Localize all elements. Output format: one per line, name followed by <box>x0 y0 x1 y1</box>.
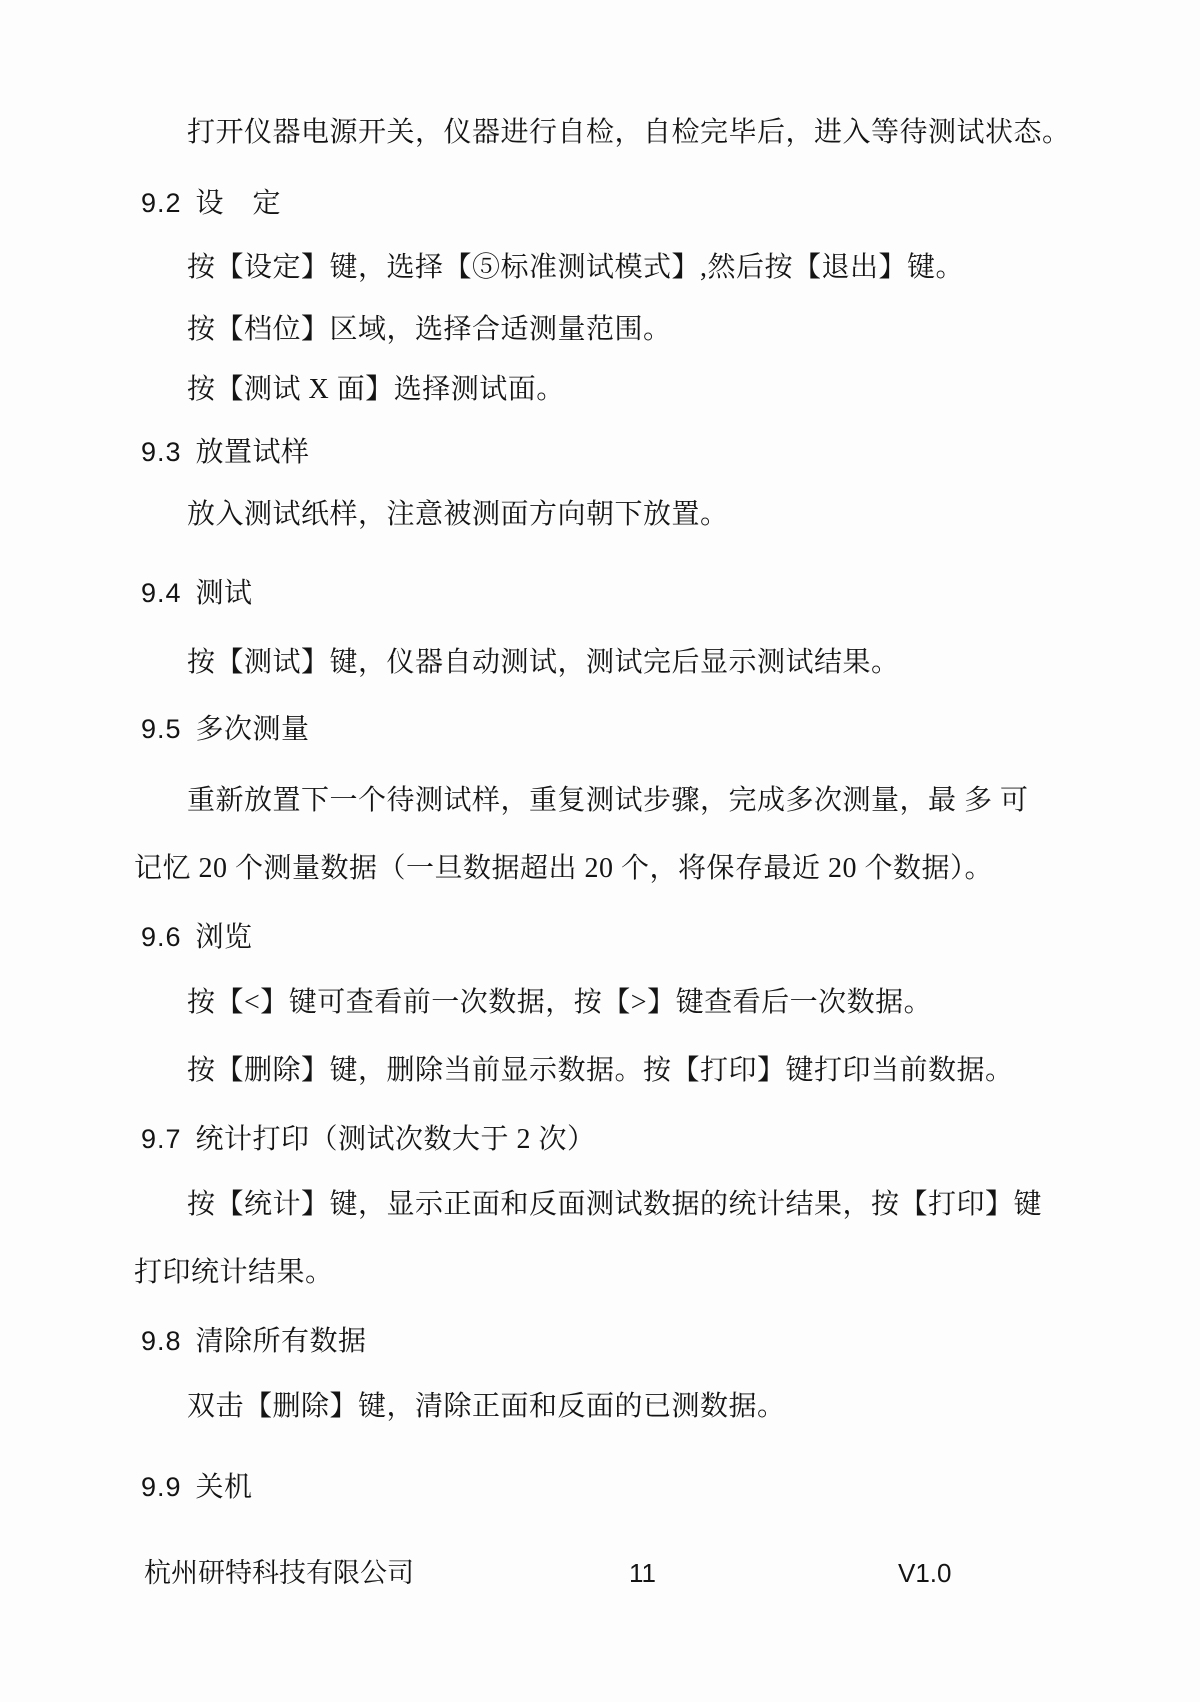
paragraph-line: 放入测试纸样，注意被测面方向朝下放置。 <box>0 497 1200 533</box>
paragraph-line: 重新放置下一个待测试样，重复测试步骤，完成多次测量，最 多 可 <box>0 783 1200 819</box>
section-heading-9-5: 9.5多次测量 <box>0 711 1200 747</box>
section-number: 9.8 <box>141 1326 182 1356</box>
section-number: 9.9 <box>141 1472 182 1502</box>
section-heading-9-3: 9.3放置试样 <box>0 434 1200 470</box>
page-footer: 杭州研特科技有限公司 11 V1.0 <box>0 1556 1200 1590</box>
paragraph-line: 双击【删除】键，清除正面和反面的已测数据。 <box>0 1389 1200 1425</box>
section-title: 统计打印（测试次数大于 2 次） <box>196 1124 596 1155</box>
section-title: 设 定 <box>196 188 282 219</box>
footer-page-number: 11 <box>629 1556 656 1590</box>
paragraph-line: 按【测试】键，仪器自动测试，测试完后显示测试结果。 <box>0 645 1200 681</box>
section-heading-9-9: 9.9关机 <box>0 1469 1200 1505</box>
section-number: 9.5 <box>141 714 182 744</box>
section-heading-9-4: 9.4测试 <box>0 575 1200 611</box>
footer-version: V1.0 <box>898 1556 952 1590</box>
section-number: 9.2 <box>141 188 182 218</box>
section-title: 清除所有数据 <box>196 1326 367 1357</box>
paragraph-line: 按【设定】键，选择【⑤标准测试模式】,然后按【退出】键。 <box>0 250 1200 286</box>
section-number: 9.4 <box>141 578 182 608</box>
footer-company-name: 杭州研特科技有限公司 <box>144 1556 414 1590</box>
section-heading-9-7: 9.7统计打印（测试次数大于 2 次） <box>0 1121 1200 1157</box>
section-title: 放置试样 <box>196 437 310 468</box>
section-number: 9.7 <box>141 1124 182 1154</box>
paragraph-line: 按【测试 X 面】选择测试面。 <box>0 372 1200 408</box>
paragraph-line: 打开仪器电源开关，仪器进行自检，自检完毕后，进入等待测试状态。 <box>0 115 1200 151</box>
manual-page: 打开仪器电源开关，仪器进行自检，自检完毕后，进入等待测试状态。 9.2设 定 按… <box>0 0 1200 1702</box>
section-heading-9-2: 9.2设 定 <box>0 185 1200 221</box>
paragraph-line: 打印统计结果。 <box>0 1255 1200 1291</box>
section-title: 测试 <box>196 578 253 609</box>
section-heading-9-6: 9.6浏览 <box>0 919 1200 955</box>
section-number: 9.6 <box>141 922 182 952</box>
section-title: 关机 <box>196 1472 253 1503</box>
paragraph-line: 按【删除】键，删除当前显示数据。按【打印】键打印当前数据。 <box>0 1053 1200 1089</box>
section-title: 多次测量 <box>196 714 310 745</box>
paragraph-line: 按【<】键可查看前一次数据，按【>】键查看后一次数据。 <box>0 985 1200 1021</box>
paragraph-line: 按【档位】区域，选择合适测量范围。 <box>0 312 1200 348</box>
section-title: 浏览 <box>196 922 253 953</box>
section-heading-9-8: 9.8清除所有数据 <box>0 1323 1200 1359</box>
paragraph-line: 按【统计】键，显示正面和反面测试数据的统计结果，按【打印】键 <box>0 1187 1200 1223</box>
section-number: 9.3 <box>141 437 182 467</box>
paragraph-line: 记忆 20 个测量数据（一旦数据超出 20 个，将保存最近 20 个数据）。 <box>0 851 1200 887</box>
